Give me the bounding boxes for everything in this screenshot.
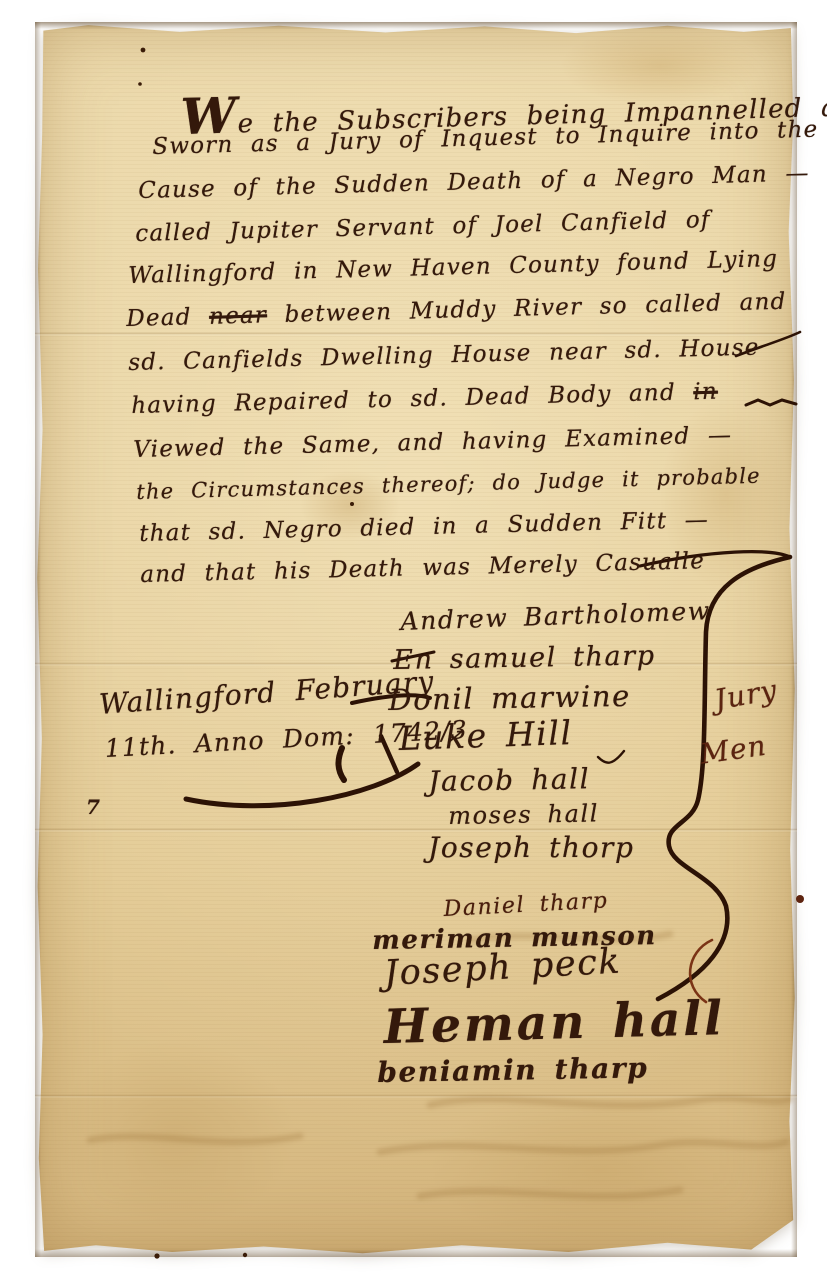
manuscript-photo: We the Subscribers being Impannelled and… <box>0 0 827 1288</box>
witness-signature: Heman hall <box>383 991 726 1055</box>
jury-signature: En samuel tharp <box>393 640 656 676</box>
body-line-text: Dead <box>126 304 209 332</box>
jury-signature: Joseph thorp <box>428 831 635 864</box>
jury-signature: Donil marwine <box>388 679 631 717</box>
jury-signature: moses hall <box>448 799 599 830</box>
witness-signature: beniamin tharp <box>377 1051 649 1089</box>
jury-signature: Luke Hill <box>398 713 573 758</box>
struck-word: near <box>209 302 268 330</box>
struck-word: in <box>693 379 718 406</box>
margin-mark: 7 <box>86 795 101 819</box>
jury-signature: Jacob hall <box>428 762 590 798</box>
